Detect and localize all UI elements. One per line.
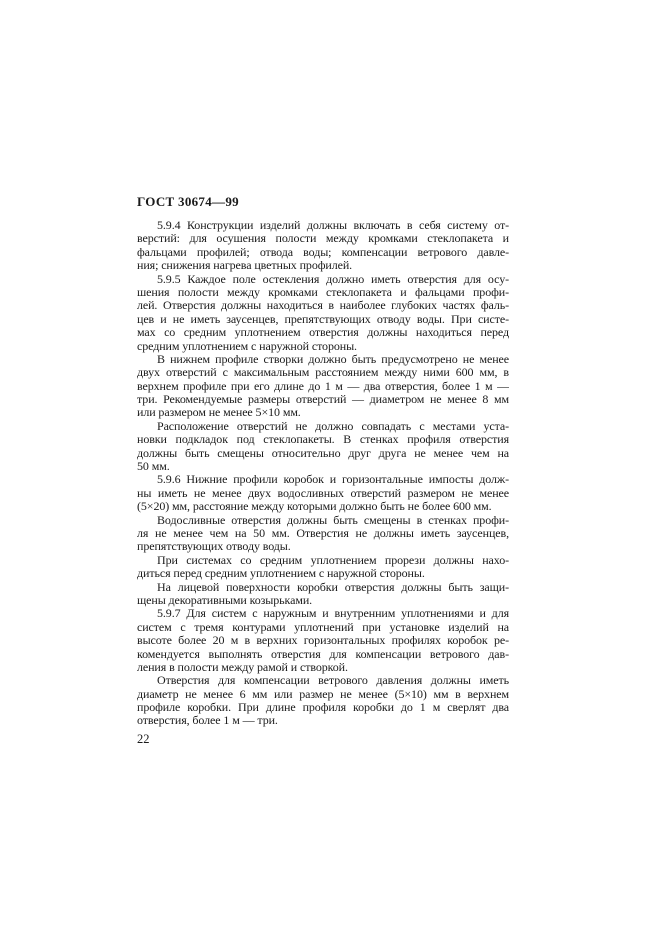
text-line: ны иметь не менее двух водосливных отвер…	[137, 487, 509, 500]
text-line: цев и не иметь заусенцев, препятствующих…	[137, 313, 509, 326]
text-line: новки подкладок под стеклопакеты. В стен…	[137, 433, 509, 446]
text-line: фальцами профилей; отвода воды; компенса…	[137, 246, 509, 259]
text-line: высоте более 20 м в верхних горизонтальн…	[137, 634, 509, 647]
text-line: ля не менее чем на 50 мм. Отверстия не д…	[137, 527, 509, 540]
text-line: мах со средним уплотнением отверстия дол…	[137, 326, 509, 339]
document-header-gost-number: ГОСТ 30674—99	[137, 194, 239, 210]
text-line: диться перед средним уплотнением с наруж…	[137, 567, 509, 580]
text-line: Отверстия для компенсации ветрового давл…	[137, 674, 509, 687]
text-line: шения полости между кромками стеклопакет…	[137, 286, 509, 299]
text-line: ния; снижения нагрева цветных профилей.	[137, 259, 509, 272]
text-line: верхнем профиле при его длине до 1 м — д…	[137, 380, 509, 393]
text-line: 50 мм.	[137, 460, 509, 473]
text-line: или размером не менее 5×10 мм.	[137, 406, 509, 419]
text-line: Расположение отверстий не должно совпада…	[137, 420, 509, 433]
text-line: средним уплотнением с наружной стороны.	[137, 340, 509, 353]
text-line: двух отверстий с максимальным расстояние…	[137, 366, 509, 379]
text-line: 5.9.4 Конструкции изделий должны включат…	[137, 219, 509, 232]
text-line: В нижнем профиле створки должно быть пре…	[137, 353, 509, 366]
text-line: щены декоративными козырьками.	[137, 594, 509, 607]
text-line: (5×20) мм, расстояние между которыми дол…	[137, 500, 509, 513]
text-line: 5.9.6 Нижние профили коробок и горизонта…	[137, 473, 509, 486]
text-line: лей. Отверстия должны находиться в наибо…	[137, 299, 509, 312]
text-line: При системах со средним уплотнением прор…	[137, 554, 509, 567]
text-line: верстий: для осушения полости между кром…	[137, 232, 509, 245]
text-line: 5.9.5 Каждое поле остекления должно имет…	[137, 273, 509, 286]
document-page: ГОСТ 30674—99 5.9.4 Конструкции изделий …	[0, 0, 661, 935]
text-line: диаметр не менее 6 мм или размер не мене…	[137, 688, 509, 701]
page-number: 22	[137, 732, 150, 747]
text-line: комендуется выполнять отверстия для комп…	[137, 648, 509, 661]
text-line: На лицевой поверхности коробки отверстия…	[137, 581, 509, 594]
text-line: профиле коробки. При длине профиля короб…	[137, 701, 509, 714]
text-line: Водосливные отверстия должны быть смещен…	[137, 514, 509, 527]
text-line: систем с тремя контурами уплотнений при …	[137, 621, 509, 634]
text-line: препятствующих отводу воды.	[137, 540, 509, 553]
text-line: три. Рекомендуемые размеры отверстий — д…	[137, 393, 509, 406]
text-line: отверстия, более 1 м — три.	[137, 714, 509, 727]
text-line: ления в полости между рамой и створкой.	[137, 661, 509, 674]
text-line: должны быть смещены относительно друг др…	[137, 447, 509, 460]
text-line: 5.9.7 Для систем с наружным и внутренним…	[137, 607, 509, 620]
text-block: 5.9.4 Конструкции изделий должны включат…	[137, 219, 509, 728]
